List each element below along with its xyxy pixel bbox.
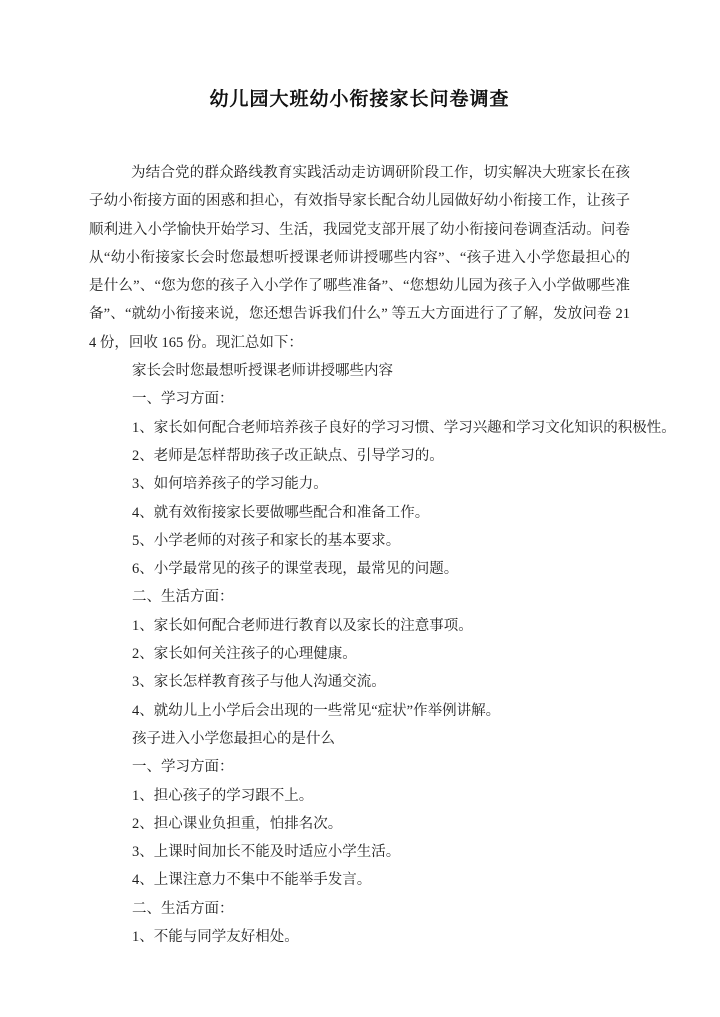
list-item: 5、小学老师的对孩子和家长的基本要求。 — [89, 527, 630, 555]
list-item: 4、就有效衔接家长要做哪些配合和准备工作。 — [89, 499, 630, 527]
document-page: 幼儿园大班幼小衔接家长问卷调查 为结合党的群众路线教育实践活动走访调研阶段工作，… — [0, 0, 720, 1017]
subsection-label: 二、生活方面： — [89, 895, 630, 923]
list-item: 1、担心孩子的学习跟不上。 — [89, 782, 630, 810]
document-title: 幼儿园大班幼小衔接家长问卷调查 — [89, 88, 630, 112]
list-item: 4、上课注意力不集中不能举手发言。 — [89, 866, 630, 894]
subsection-label: 一、学习方面： — [89, 753, 630, 781]
list-item: 1、家长如何配合老师进行教育以及家长的注意事项。 — [89, 612, 630, 640]
section-heading: 孩子进入小学您最担心的是什么 — [89, 725, 630, 753]
list-item: 3、如何培养孩子的学习能力。 — [89, 470, 630, 498]
subsection-label: 一、学习方面： — [89, 385, 630, 413]
list-item: 1、家长如何配合老师培养孩子良好的学习习惯、学习兴趣和学习文化知识的积极性。 — [89, 414, 630, 442]
list-item: 3、家长怎样教育孩子与他人沟通交流。 — [89, 668, 630, 696]
list-item: 3、上课时间加长不能及时适应小学生活。 — [89, 838, 630, 866]
subsection-label: 二、生活方面： — [89, 583, 630, 611]
list-item: 4、就幼儿上小学后会出现的一些常见“症状”作举例讲解。 — [89, 697, 630, 725]
list-item: 2、家长如何关注孩子的心理健康。 — [89, 640, 630, 668]
intro-paragraph: 为结合党的群众路线教育实践活动走访调研阶段工作，切实解决大班家长在孩子幼小衔接方… — [89, 159, 630, 357]
list-item: 1、不能与同学友好相处。 — [89, 923, 630, 951]
list-item: 2、老师是怎样帮助孩子改正缺点、引导学习的。 — [89, 442, 630, 470]
list-item: 6、小学最常见的孩子的课堂表现，最常见的问题。 — [89, 555, 630, 583]
section-heading: 家长会时您最想听授课老师讲授哪些内容 — [89, 357, 630, 385]
list-item: 2、担心课业负担重，怕排名次。 — [89, 810, 630, 838]
